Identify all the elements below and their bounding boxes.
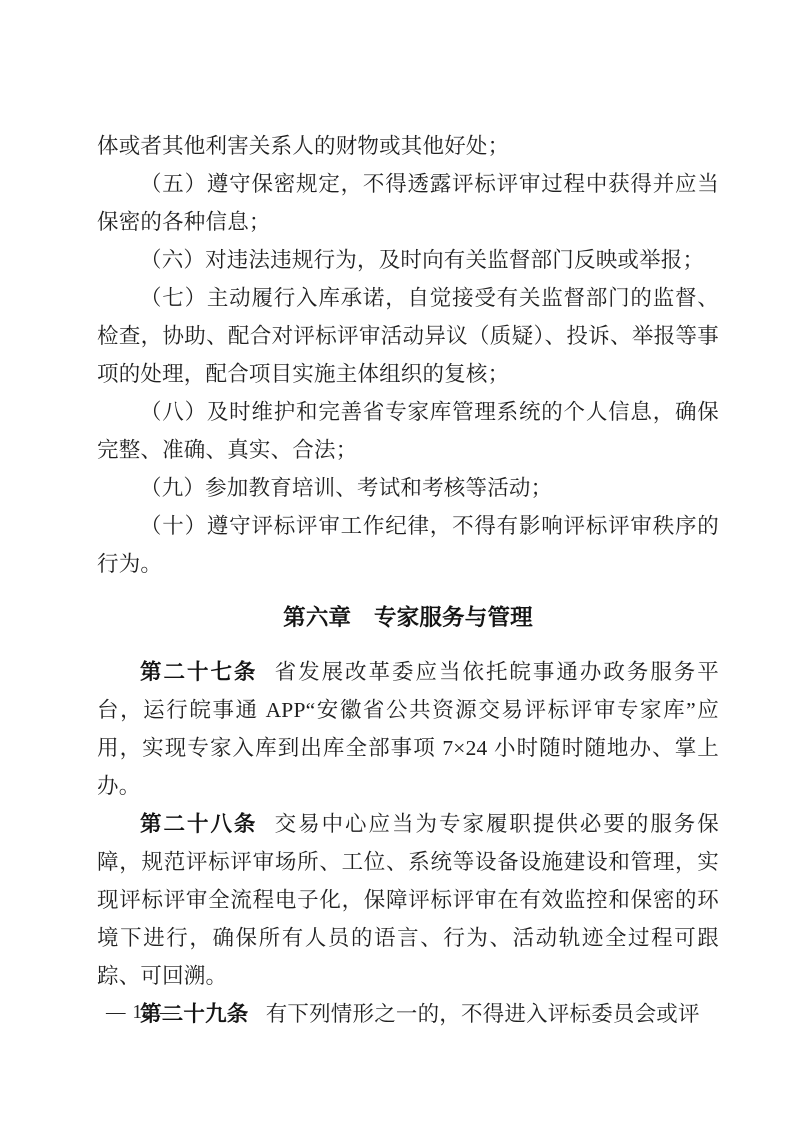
article-28-paragraph: 第二十八条交易中心应当为专家履职提供必要的服务保障，规范评标评审场所、工位、系统…	[97, 805, 719, 995]
clause-item-8: （八）及时维护和完善省专家库管理系统的个人信息，确保完整、准确、真实、合法；	[97, 393, 719, 469]
article-29-text: 有下列情形之一的，不得进入评标委员会或评	[266, 1002, 700, 1026]
article-27-label: 第二十七条	[140, 660, 257, 684]
chapter-heading: 第六章 专家服务与管理	[97, 599, 719, 637]
clause-item-6: （六）对违法违规行为，及时向有关监督部门反映或举报；	[97, 241, 719, 279]
article-27-paragraph: 第二十七条省发展改革委应当依托皖事通办政务服务平台，运行皖事通 APP“安徽省公…	[97, 653, 719, 805]
clause-item-9: （九）参加教育培训、考试和考核等活动；	[97, 469, 719, 507]
continuation-paragraph: 体或者其他利害关系人的财物或其他好处；	[97, 127, 719, 165]
article-28-text: 交易中心应当为专家履职提供必要的服务保障，规范评标评审场所、工位、系统等设备设施…	[97, 812, 719, 988]
clause-item-5: （五）遵守保密规定，不得透露评标评审过程中获得并应当保密的各种信息；	[97, 165, 719, 241]
page-number: — 12 —	[106, 1000, 180, 1026]
clause-item-7: （七）主动履行入库承诺，自觉接受有关监督部门的监督、检查，协助、配合对评标评审活…	[97, 279, 719, 393]
document-body: 体或者其他利害关系人的财物或其他好处； （五）遵守保密规定，不得透露评标评审过程…	[97, 127, 719, 1033]
article-28-label: 第二十八条	[140, 812, 257, 836]
clause-item-10: （十）遵守评标评审工作纪律，不得有影响评标评审秩序的行为。	[97, 507, 719, 583]
article-29-paragraph: 第二十九条有下列情形之一的，不得进入评标委员会或评	[97, 995, 719, 1033]
document-page: 体或者其他利害关系人的财物或其他好处； （五）遵守保密规定，不得透露评标评审过程…	[0, 0, 793, 1122]
